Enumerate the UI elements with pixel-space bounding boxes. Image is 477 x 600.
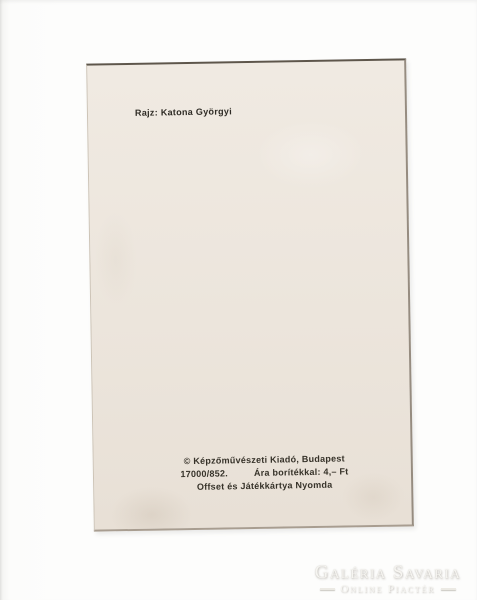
artist-credit: Rajz: Katona Györgyi <box>135 106 232 118</box>
watermark-subtitle: Online Piactér <box>341 583 436 595</box>
watermark-title: Galéria Savaria <box>303 562 473 584</box>
galeria-savaria-watermark: Galéria Savaria Online Piactér <box>303 562 473 595</box>
watermark-left-rule <box>320 588 335 590</box>
postcard-back: Rajz: Katona Györgyi © Képzőművészeti Ki… <box>86 58 414 531</box>
watermark-right-rule <box>441 588 456 590</box>
scanner-background: Rajz: Katona Györgyi © Képzőművészeti Ki… <box>0 0 477 600</box>
imprint-print-code: 17000/852. <box>180 467 228 481</box>
watermark-subtitle-row: Online Piactér <box>303 583 473 595</box>
imprint-price: Ára borítékkal: 4,– Ft <box>254 465 349 480</box>
imprint-block: © Képzőművészeti Kiadó, Budapest 17000/8… <box>106 451 424 495</box>
